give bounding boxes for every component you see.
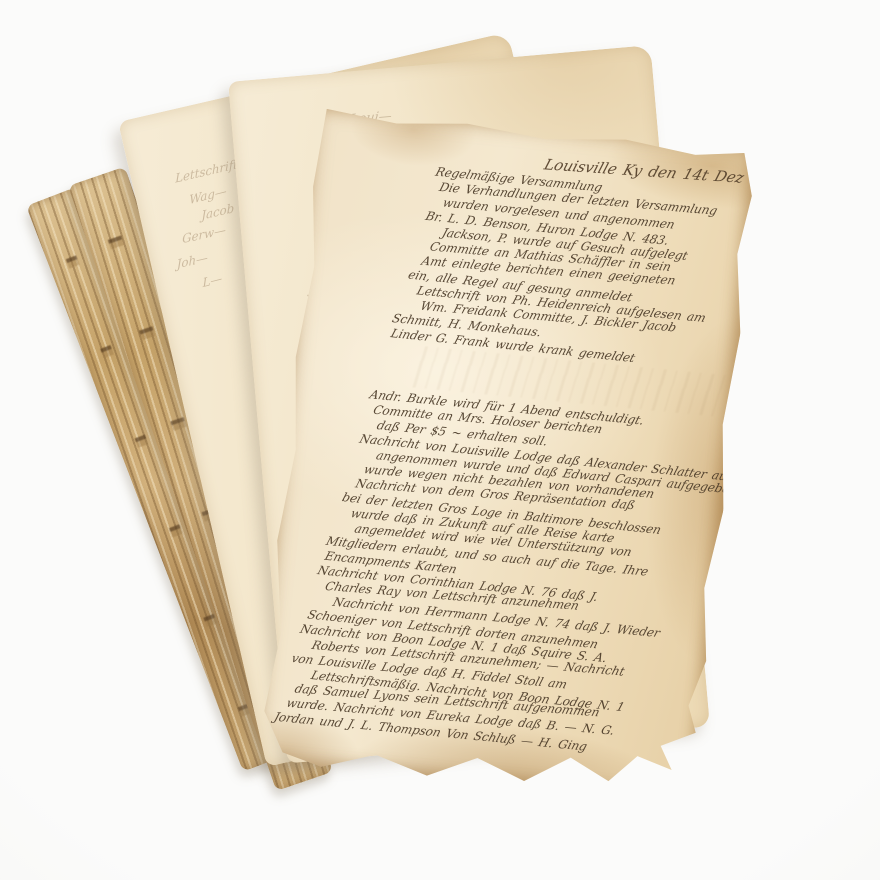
photo-backdrop: LettschriftWag—JacobGerw—Joh—L— Loui— Lo… [0, 0, 880, 880]
manuscript-entry-1: Regelmäßige VersammlungDie Verhandlungen… [386, 165, 780, 374]
front-manuscript-page: Louisville Ky den 14t Dez 1853 Regelmäßi… [255, 108, 758, 805]
manuscript-entry-2: Andr. Burkle wird für 1 Abend entschuldi… [272, 387, 714, 757]
